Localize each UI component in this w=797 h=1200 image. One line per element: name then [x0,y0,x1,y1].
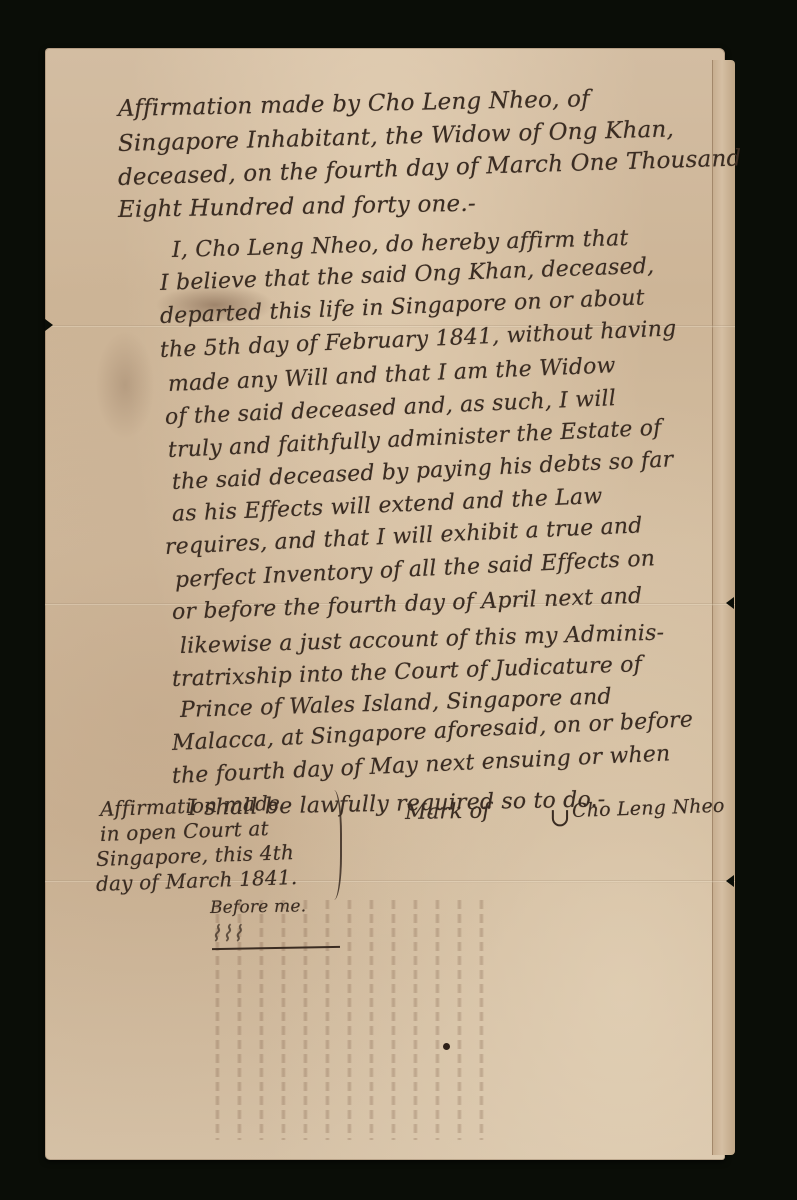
edge-tear [726,875,734,887]
ink-spot [443,1043,450,1050]
curly-brace [322,790,342,900]
document-viewer: Affirmation made by Cho Leng Nheo, of Si… [0,0,797,1200]
before-me-label: Before me. [210,896,307,918]
magistrate-signature: ⌇⌇⌇ [210,922,243,947]
edge-tear [45,319,53,331]
ink-stain [95,330,155,440]
mark-glyph: ∪ [549,803,571,833]
mark-of-label: Mark of [405,799,491,824]
bleed-through-writing [205,900,495,1140]
edge-tear [726,597,734,609]
